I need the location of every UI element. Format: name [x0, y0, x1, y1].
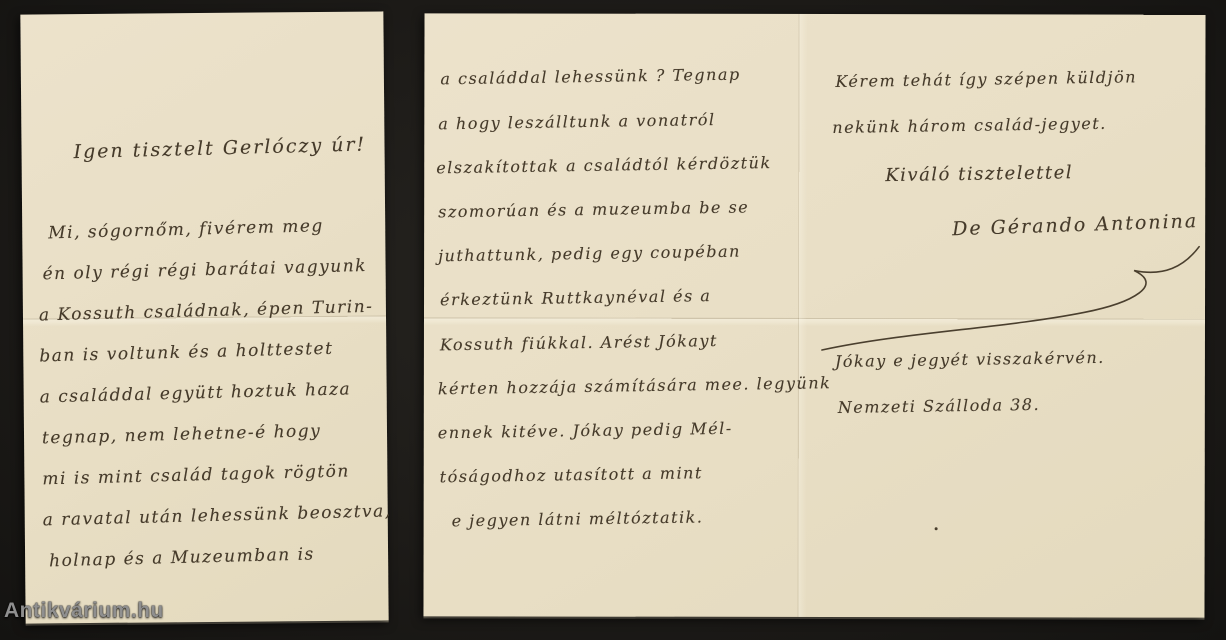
handwritten-line: kérten hozzája számítására mee. legyünk: [438, 373, 832, 398]
salutation-line: Igen tisztelt Gerlóczy úr!: [73, 133, 366, 163]
handwritten-line: tóságodhoz utasított a mint: [440, 463, 703, 486]
closing-line: Kiváló tisztelettel: [885, 162, 1073, 186]
handwritten-line: szomorúan és a muzeumba be se: [438, 197, 749, 221]
handwritten-line: érkeztünk Ruttkaynéval és a: [440, 286, 712, 309]
watermark: Antikvárium.hu: [4, 599, 164, 623]
handwritten-line: a családdal lehessünk ? Tegnap: [440, 65, 741, 89]
letter-pages-2-3: a családdal lehessünk ? Tegnap a hogy le…: [423, 13, 1205, 617]
letter-page-1: Igen tisztelt Gerlóczy úr! Mi, sógornőm,…: [20, 11, 388, 623]
handwritten-line: a családdal együtt hoztuk haza: [39, 379, 351, 407]
ink-dot: [935, 527, 938, 530]
handwritten-line: Mi, sógornőm, fivérem meg: [48, 216, 324, 243]
handwritten-line: Kérem tehát így szépen küldjön: [835, 67, 1137, 91]
signature: De Gérando Antonina: [952, 210, 1199, 240]
signature-flourish: [804, 232, 1204, 363]
handwritten-line: ban is voltunk és a holttestet: [39, 339, 334, 367]
handwritten-line: tegnap, nem lehetne-é hogy: [42, 421, 322, 448]
handwritten-line: juthattunk, pedig egy coupéban: [438, 242, 741, 266]
fold-crease-horizontal: [424, 317, 1205, 326]
handwritten-line: mi is mint család tagok rögtön: [42, 461, 350, 489]
handwritten-line: holnap és a Muzeumban is: [49, 544, 315, 571]
handwritten-line: a Kossuth családnak, épen Turin-: [39, 297, 374, 326]
photograph-of-letter: Igen tisztelt Gerlóczy úr! Mi, sógornőm,…: [0, 0, 1226, 640]
handwritten-line: a ravatal után lehessünk beosztva,: [43, 501, 392, 530]
handwritten-line: a hogy leszálltunk a vonatról: [438, 110, 715, 133]
handwritten-line: én oly régi régi barátai vagyunk: [42, 256, 367, 284]
fold-crease-vertical: [797, 14, 807, 617]
postscript-line: Nemzeti Szálloda 38.: [838, 395, 1041, 417]
handwritten-line: Kossuth fiúkkal. Arést Jókayt: [440, 331, 718, 354]
handwritten-line: nekünk három család-jegyet.: [832, 114, 1107, 137]
handwritten-line: e jegyen látni méltóztatik.: [451, 507, 703, 530]
handwritten-line: ennek kitéve. Jókay pedig Mél-: [438, 419, 733, 443]
postscript-line: Jókay e jegyét visszakérvén.: [835, 348, 1105, 371]
handwritten-line: elszakítottak a családtól kérdöztük: [436, 153, 772, 177]
